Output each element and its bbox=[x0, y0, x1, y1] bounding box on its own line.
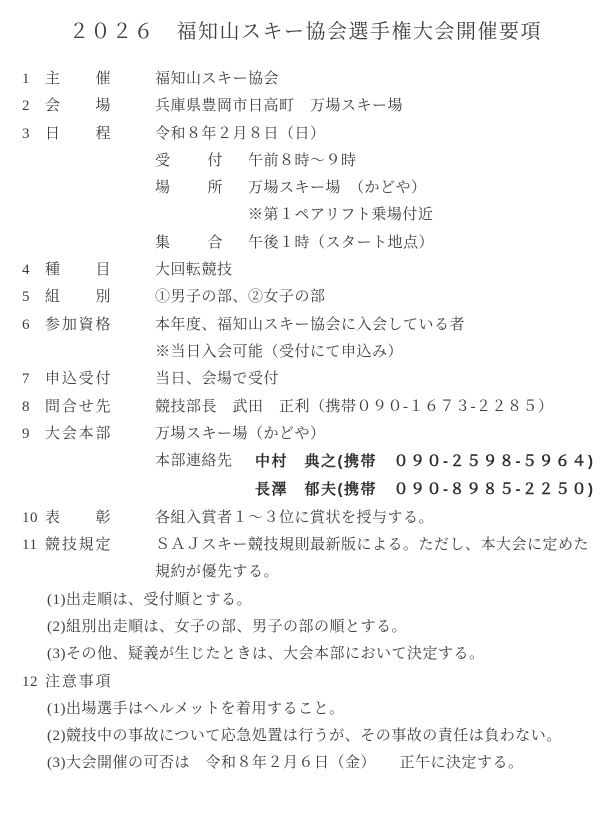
item-label: 会場 bbox=[45, 93, 111, 120]
item-number: 4 bbox=[22, 257, 46, 284]
item-line: 8問合せ先競技部長 武田 正利（携帯０９０-１６７３-２２８５） bbox=[0, 394, 611, 421]
sub-label: 受付 bbox=[155, 148, 223, 175]
item-label: 競技規定 bbox=[45, 532, 111, 559]
item-line: 5組別①男子の部、②女子の部 bbox=[0, 284, 611, 311]
line-text: 規約が優先する。 bbox=[155, 564, 279, 580]
document-page: ２０２６ 福知山スキー協会選手権大会開催要項 1主催福知山スキー協会2会場兵庫県… bbox=[0, 0, 611, 830]
item-number: 1 bbox=[22, 66, 46, 93]
note-line: (1)出走順は、受付順とする。 bbox=[0, 587, 611, 614]
item-line: 2会場兵庫県豊岡市日高町 万場スキー場 bbox=[0, 93, 611, 120]
document-title: ２０２６ 福知山スキー協会選手権大会開催要項 bbox=[0, 0, 611, 44]
item-number: 3 bbox=[22, 121, 46, 148]
item-line: 6参加資格本年度、福知山スキー協会に入会している者 bbox=[0, 312, 611, 339]
item-label: 大会本部 bbox=[45, 421, 111, 448]
item-number: 6 bbox=[22, 312, 46, 339]
item-label: 表彰 bbox=[45, 505, 111, 532]
note-line: (3)その他、疑義が生じたときは、大会本部において決定する。 bbox=[0, 641, 611, 668]
line-text: 当日、会場で受付 bbox=[155, 371, 279, 387]
line-text: ※第１ペアリフト乗場付近 bbox=[248, 207, 433, 223]
note-line: (1)出場選手はヘルメットを着用すること。 bbox=[0, 696, 611, 723]
note-line: (3)大会開催の可否は 令和８年２月６日（金） 正午に決定する。 bbox=[0, 750, 611, 777]
item-line: 規約が優先する。 bbox=[0, 559, 611, 586]
item-line: 10表彰各組入賞者１～３位に賞状を授与する。 bbox=[0, 505, 611, 532]
item-line: ※当日入会可能（受付にて申込み） bbox=[0, 339, 611, 366]
item-number: 8 bbox=[22, 394, 46, 421]
item-number: 9 bbox=[22, 421, 46, 448]
item-label: 問合せ先 bbox=[45, 394, 111, 421]
item-line: 本部連絡先中村 典之(携帯 ０９０-２５９８-５９６４) bbox=[0, 448, 611, 476]
note-line: (2)組別出走順は、女子の部、男子の部の順とする。 bbox=[0, 614, 611, 641]
item-line: 1主催福知山スキー協会 bbox=[0, 66, 611, 93]
line-text: ※当日入会可能（受付にて申込み） bbox=[155, 344, 403, 360]
contact-prefix: 本部連絡先 bbox=[155, 448, 255, 475]
item-number: 5 bbox=[22, 284, 46, 311]
item-number: 2 bbox=[22, 93, 46, 120]
item-line: 3日程令和８年２月８日（日） bbox=[0, 121, 611, 148]
items-list: 1主催福知山スキー協会2会場兵庫県豊岡市日高町 万場スキー場3日程令和８年２月８… bbox=[0, 66, 611, 778]
item-label: 申込受付 bbox=[45, 366, 111, 393]
item-line: 受付午前８時～９時 bbox=[0, 148, 611, 175]
note-line: (2)競技中の事故について応急処置は行うが、その事故の責任は負わない。 bbox=[0, 723, 611, 750]
item-line: 集合午後１時（スタート地点） bbox=[0, 230, 611, 257]
line-text: 万場スキー場 （かどや） bbox=[248, 180, 427, 196]
item-line: 長澤 郁夫(携帯 ０９０-８９８５-２２５０) bbox=[0, 476, 611, 504]
contact-bold-text: 長澤 郁夫(携帯 ０９０-８９８５-２２５０) bbox=[255, 481, 594, 498]
item-label: 参加資格 bbox=[45, 312, 111, 339]
item-line: 4種目大回転競技 bbox=[0, 257, 611, 284]
item-line: 11競技規定ＳＡＪスキー競技規則最新版による。ただし、本大会に定めた bbox=[0, 532, 611, 559]
item-label: 日程 bbox=[45, 121, 111, 148]
item-line: ※第１ペアリフト乗場付近 bbox=[0, 202, 611, 229]
item-line: 9大会本部万場スキー場（かどや） bbox=[0, 421, 611, 448]
line-text: 福知山スキー協会 bbox=[155, 71, 279, 87]
item-number: 11 bbox=[22, 532, 46, 559]
line-text: 午前８時～９時 bbox=[248, 153, 357, 169]
contact-bold-text: 中村 典之(携帯 ０９０-２５９８-５９６４) bbox=[255, 453, 594, 470]
line-text: 令和８年２月８日（日） bbox=[155, 126, 326, 142]
item-label: 主催 bbox=[45, 66, 111, 93]
sub-label: 集合 bbox=[155, 230, 223, 257]
line-text: 万場スキー場（かどや） bbox=[155, 426, 326, 442]
item-label: 組別 bbox=[45, 284, 111, 311]
sub-label: 場所 bbox=[155, 175, 223, 202]
line-text: 各組入賞者１～３位に賞状を授与する。 bbox=[155, 510, 434, 526]
item-line: 場所万場スキー場 （かどや） bbox=[0, 175, 611, 202]
item-line: 7申込受付当日、会場で受付 bbox=[0, 366, 611, 393]
item-number: 10 bbox=[22, 505, 46, 532]
line-text: 本年度、福知山スキー協会に入会している者 bbox=[155, 317, 465, 333]
item-line: 12注意事項 bbox=[0, 669, 611, 696]
item-number: 7 bbox=[22, 366, 46, 393]
item-label: 注意事項 bbox=[45, 669, 111, 696]
line-text: 大回転競技 bbox=[155, 262, 233, 278]
item-number: 12 bbox=[22, 669, 46, 696]
line-text: 兵庫県豊岡市日高町 万場スキー場 bbox=[155, 98, 403, 114]
line-text: ①男子の部、②女子の部 bbox=[155, 289, 326, 305]
line-text: 競技部長 武田 正利（携帯０９０-１６７３-２２８５） bbox=[155, 399, 554, 415]
line-text: 午後１時（スタート地点） bbox=[248, 235, 434, 251]
item-label: 種目 bbox=[45, 257, 111, 284]
line-text: ＳＡＪスキー競技規則最新版による。ただし、本大会に定めた bbox=[155, 537, 589, 553]
